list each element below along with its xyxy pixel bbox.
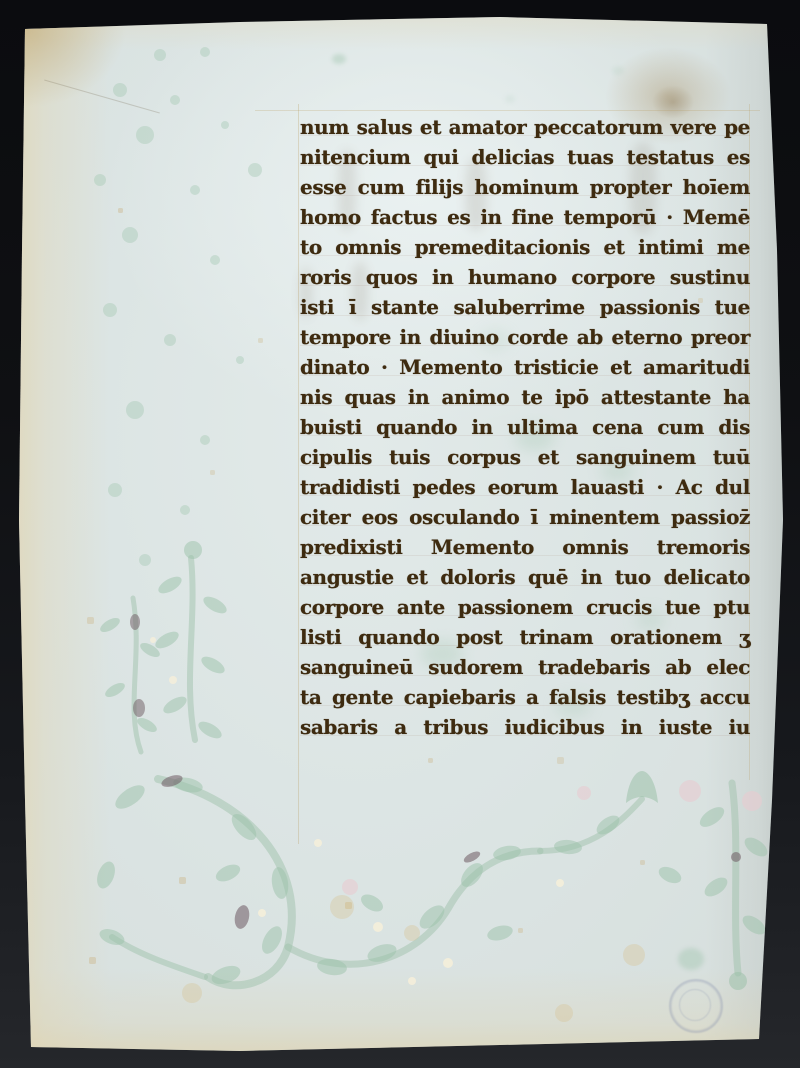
text-line-18: listi quando post trinam orationem ʒ (300, 622, 750, 652)
text-line-4: homo factus es in fine temporū · Memē (300, 202, 750, 232)
text-line-21: sabaris a tribus iudicibus in iuste iu (300, 712, 750, 742)
floral-bleedthrough-left (55, 40, 315, 760)
text-line-15: predixisti Memento omnis tremoris (300, 532, 750, 562)
text-line-10: nis quas in animo te ipō attestante ha (300, 382, 750, 412)
text-block: num salus et amator peccatorum vere peni… (300, 112, 750, 742)
text-line-11: buisti quando in ultima cena cum dis (300, 412, 750, 442)
parchment-specks (0, 0, 1, 1)
text-line-16: angustie et doloris quē in tuo delicato (300, 562, 750, 592)
text-line-20: ta gente capiebaris a falsis testibʒ acc… (300, 682, 750, 712)
text-line-9: dinato · Memento tristicie et amaritudi (300, 352, 750, 382)
text-line-3: esse cum filijs hominum propter hoīem (300, 172, 750, 202)
text-line-6: roris quos in humano corpore sustinu (300, 262, 750, 292)
photo-background: num salus et amator peccatorum vere peni… (0, 0, 800, 1068)
text-line-17: corpore ante passionem crucis tue ptu (300, 592, 750, 622)
text-line-2: nitencium qui delicias tuas testatus es (300, 142, 750, 172)
text-line-13: tradidisti pedes eorum lauasti · Ac dul (300, 472, 750, 502)
green-spot (332, 54, 346, 64)
text-line-5: to omnis premeditacionis et intimi me (300, 232, 750, 262)
text-line-7: isti ī stante saluberrime passionis tue (300, 292, 750, 322)
ruling-vertical-left (298, 104, 299, 844)
text-line-12: cipulis tuis corpus et sanguinem tuū (300, 442, 750, 472)
text-line-14: citer eos osculando ī minentem passioz̄ (300, 502, 750, 532)
text-line-19: sanguineū sudorem tradebaris ab elec (300, 652, 750, 682)
embossed-stamp (669, 979, 723, 1033)
text-line-1: num salus et amator peccatorum vere pe (300, 112, 750, 142)
manuscript-leaf: num salus et amator peccatorum vere peni… (0, 0, 800, 1068)
green-spot (505, 95, 515, 103)
text-line-8: tempore in diuino corde ab eterno preor (300, 322, 750, 352)
green-spot (612, 66, 624, 75)
ruling-horizontal-top (255, 110, 760, 111)
floral-bleedthrough-bottom (20, 755, 770, 1055)
green-spot (678, 948, 704, 970)
